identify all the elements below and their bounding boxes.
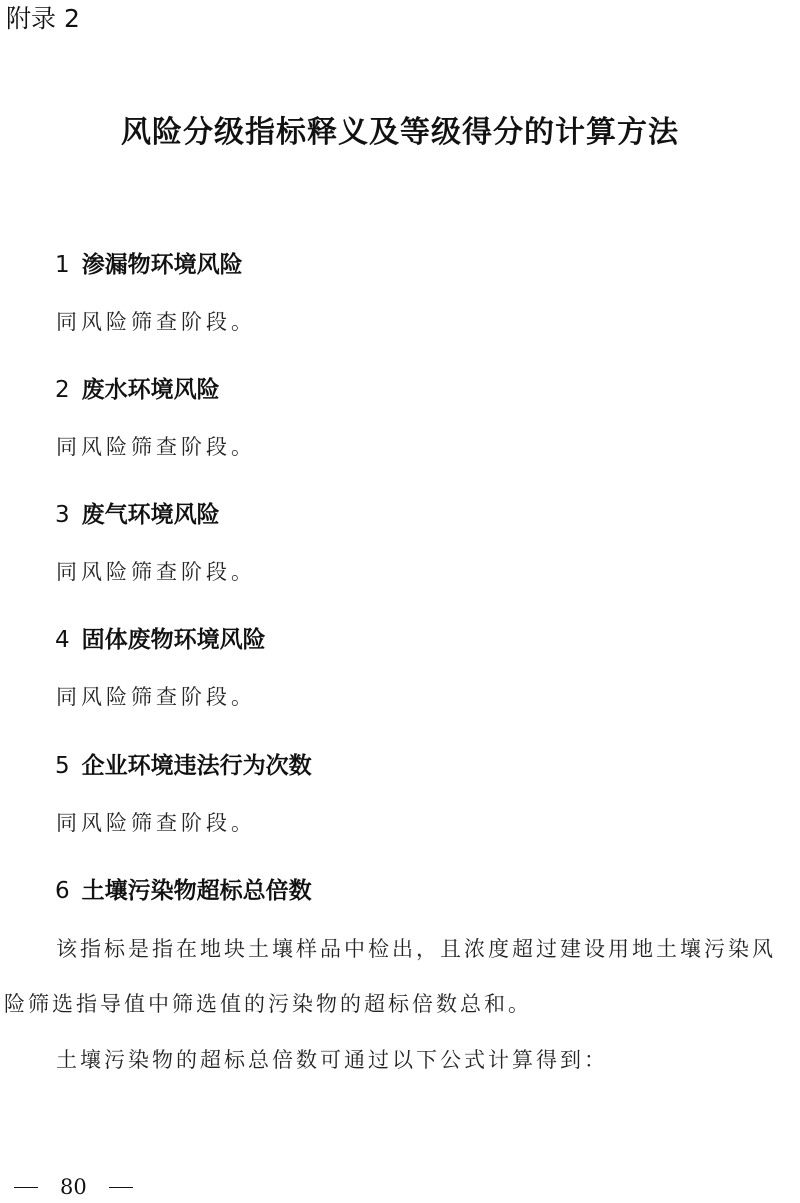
- section-title: 废气环境风险: [82, 502, 220, 528]
- section-heading-4: 4固体废物环境风险: [55, 625, 266, 655]
- paragraph-line: 土壤污染物的超标总倍数可通过以下公式计算得到：: [0, 1045, 800, 1075]
- section-number: 5: [55, 753, 70, 779]
- section-title: 废水环境风险: [82, 377, 220, 403]
- section-body-3: 同风险筛查阶段。: [56, 557, 256, 587]
- appendix-label: 附录 2: [6, 4, 80, 34]
- section-heading-2: 2废水环境风险: [55, 375, 220, 405]
- section-number: 2: [55, 377, 70, 403]
- section-title: 渗漏物环境风险: [82, 252, 243, 278]
- section-title: 土壤污染物超标总倍数: [82, 878, 312, 904]
- paragraph-line: 该指标是指在地块土壤样品中检出，且浓度超过建设用地土壤污染风: [0, 934, 800, 964]
- page-footer: 80: [14, 1175, 133, 1199]
- section-number: 1: [55, 252, 70, 278]
- section-heading-5: 5企业环境违法行为次数: [55, 751, 312, 781]
- dash-decoration: [109, 1187, 133, 1188]
- section-title: 企业环境违法行为次数: [82, 753, 312, 779]
- section-number: 3: [55, 502, 70, 528]
- page-number: 80: [60, 1175, 87, 1199]
- section-heading-6: 6土壤污染物超标总倍数: [55, 876, 312, 906]
- section-title: 固体废物环境风险: [82, 627, 266, 653]
- section-heading-3: 3废气环境风险: [55, 500, 220, 530]
- section-number: 4: [55, 627, 70, 653]
- section-heading-1: 1渗漏物环境风险: [55, 250, 243, 280]
- section-body-5: 同风险筛查阶段。: [56, 808, 256, 838]
- paragraph-line: 险筛选指导值中筛选值的污染物的超标倍数总和。: [0, 989, 800, 1019]
- section-number: 6: [55, 878, 70, 904]
- section-body-2: 同风险筛查阶段。: [56, 432, 256, 462]
- dash-decoration: [14, 1187, 38, 1188]
- section-body-1: 同风险筛查阶段。: [56, 307, 256, 337]
- section-body-4: 同风险筛查阶段。: [56, 682, 256, 712]
- document-title: 风险分级指标释义及等级得分的计算方法: [0, 113, 800, 153]
